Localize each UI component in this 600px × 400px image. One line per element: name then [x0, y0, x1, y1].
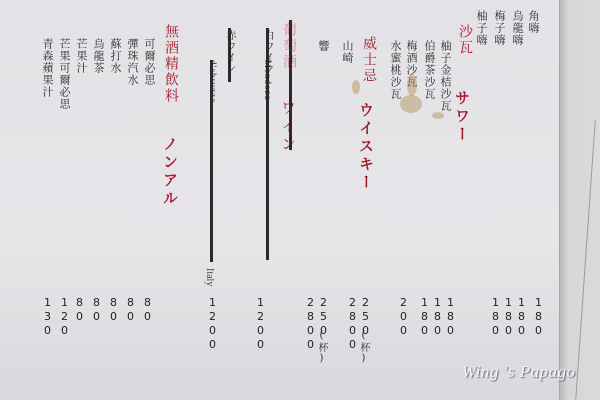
- section-title-soft-drinks-kana: ノンアル: [164, 136, 175, 208]
- stain: [400, 95, 422, 113]
- menu-item-earl-grey-sour: 伯爵茶沙瓦: [424, 40, 435, 100]
- menu-item-ume-high: 梅子嗨: [494, 10, 505, 46]
- menu-item-oolong-tea: 烏龍茶: [93, 38, 104, 74]
- stain: [432, 112, 444, 119]
- menu-item-peach-sour: 水蜜桃沙瓦: [390, 40, 401, 100]
- price-hibiki-bottle: 2800: [305, 296, 316, 352]
- section-title-whisky: 威士忌: [362, 36, 376, 84]
- menu-item-mango-juice: 芒果汁: [76, 38, 87, 74]
- menu-item-soda-water: 蘇打水: [110, 38, 121, 74]
- section-title-whisky-kana: ウイスキー: [360, 102, 371, 192]
- strikethrough-line: [266, 60, 269, 260]
- price-red-wine: 1200: [207, 296, 218, 352]
- price-ramune: 80: [125, 296, 136, 324]
- menu-item-ramune: 彈珠汽水: [127, 38, 138, 86]
- price-kakuhigh: 180: [533, 296, 544, 338]
- price-umeshu-sour: 180: [419, 296, 430, 338]
- price-mango-juice: 80: [74, 296, 85, 324]
- price-oolong-tea: 80: [91, 296, 102, 324]
- price-calpis: 80: [142, 296, 153, 324]
- stain: [352, 80, 360, 94]
- price-aomori-apple-juice: 130: [42, 296, 53, 338]
- section-title-sour: 沙瓦: [458, 24, 472, 56]
- price-mango-calpis: 120: [59, 296, 70, 338]
- price-soda-water: 80: [108, 296, 119, 324]
- glass-label-yamazaki: (杯): [358, 330, 369, 365]
- price-earl-grey-sour: 180: [432, 296, 443, 338]
- price-yuzu-high: 180: [490, 296, 501, 338]
- price-yamazaki-bottle: 2800: [347, 296, 358, 352]
- menu-item-mango-calpis: 芒果可爾必思: [59, 38, 70, 110]
- price-yuzu-kumquat-sour: 180: [445, 296, 456, 338]
- price-peach-sour: 200: [398, 296, 409, 338]
- menu-page: 角嗨 烏龍嗨 梅子嗨 柚子嗨 180 180 180 180 沙瓦 サワー 柚子…: [0, 0, 560, 400]
- menu-item-oolong-high: 烏龍嗨: [512, 10, 523, 46]
- section-title-sour-kana: サワー: [456, 90, 467, 144]
- menu-item-yuzu-high: 柚子嗨: [476, 10, 487, 46]
- strikethrough-line: [289, 20, 292, 150]
- menu-item-hibiki: 響: [318, 40, 329, 52]
- price-oolong-high: 180: [516, 296, 527, 338]
- menu-item-yamazaki: 山崎: [342, 40, 353, 64]
- menu-item-kakuhigh: 角嗨: [528, 10, 539, 34]
- glass-label-hibiki: (杯): [316, 330, 327, 365]
- price-white-wine: 1200: [255, 296, 266, 352]
- strikethrough-line: [210, 60, 213, 262]
- stain: [407, 74, 417, 96]
- price-ume-high: 180: [503, 296, 514, 338]
- wine-origin-italy: Italy: [204, 268, 215, 286]
- strikethrough-line: [228, 28, 231, 82]
- section-title-soft-drinks: 無酒精飲料: [164, 24, 178, 104]
- menu-item-yuzu-kumquat-sour: 柚子金桔沙瓦: [440, 40, 451, 112]
- menu-item-aomori-apple-juice: 青森蘋果汁: [42, 38, 53, 98]
- menu-item-calpis: 可爾必思: [144, 38, 155, 86]
- watermark: Wing 's Papago: [462, 362, 576, 382]
